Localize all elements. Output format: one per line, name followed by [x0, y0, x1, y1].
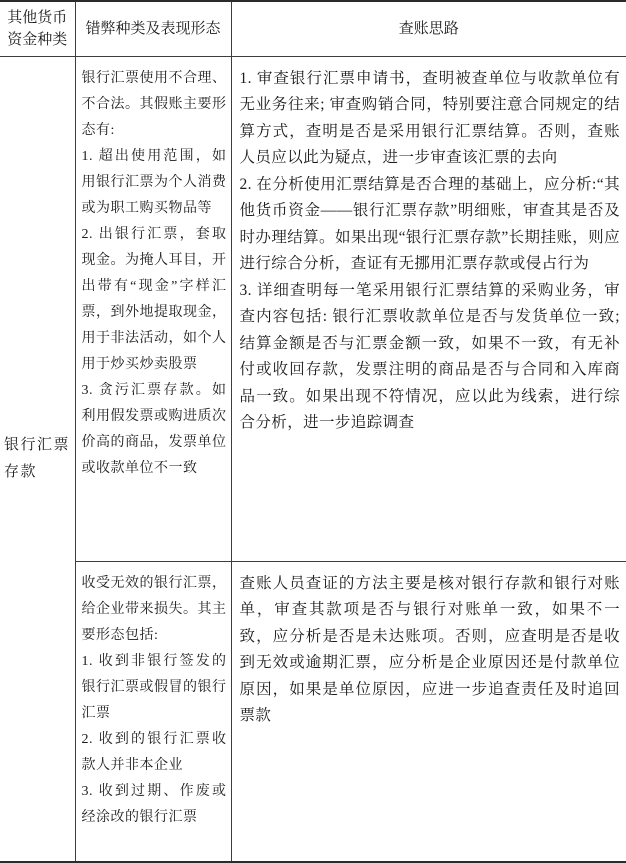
- paragraph: 收受无效的银行汇票，给企业带来损失。其主要形态包括:: [82, 571, 227, 649]
- audit-cell-misuse: 1. 审查银行汇票申请书，查明被查单位与收款单位有无业务往来; 审查购销合同，特…: [231, 56, 626, 561]
- header-error-types: 错弊种类及表现形态: [75, 1, 231, 56]
- audit-methods-table: 其他货币资金种类 错弊种类及表现形态 查账思路 银行汇票存款 银行汇票使用不合理…: [0, 0, 626, 863]
- fund-type-cell: 银行汇票存款: [0, 56, 75, 862]
- fund-type-label: 银行汇票存款: [4, 437, 70, 480]
- audit-cell-invalid-drafts: 查账人员查证的方法主要是核对银行存款和银行对账单，审查其款项是否与银行对账单一致…: [231, 561, 626, 862]
- paragraph: 2. 出银行汇票，套取现金。为掩人耳目，开出带有“现金”字样汇票，到外地提取现金…: [82, 222, 227, 378]
- header-fund-type: 其他货币资金种类: [0, 1, 75, 56]
- header-audit-approach: 查账思路: [231, 1, 626, 56]
- paragraph: 2. 收到的银行汇票收款人并非本企业: [82, 727, 227, 779]
- document-page: 其他货币资金种类 错弊种类及表现形态 查账思路 银行汇票存款 银行汇票使用不合理…: [0, 0, 626, 863]
- error-cell-invalid-drafts: 收受无效的银行汇票，给企业带来损失。其主要形态包括: 1. 收到非银行签发的银行…: [75, 561, 231, 862]
- paragraph: 银行汇票使用不合理、不合法。其假账主要形态有:: [82, 66, 227, 144]
- table-row: 银行汇票存款 银行汇票使用不合理、不合法。其假账主要形态有: 1. 超出使用范围…: [0, 56, 626, 561]
- paragraph: 3. 收到过期、作废或经涂改的银行汇票: [82, 779, 227, 831]
- paragraph: 3. 详细查明每一笔采用银行汇票结算的采购业务，审查内容包括: 银行汇票收款单位…: [240, 278, 621, 437]
- paragraph: 1. 超出使用范围，如用银行汇票为个人消费或为职工购买物品等: [82, 144, 227, 222]
- paragraph: 1. 审查银行汇票申请书，查明被查单位与收款单位有无业务往来; 审查购销合同，特…: [240, 66, 621, 172]
- error-cell-misuse: 银行汇票使用不合理、不合法。其假账主要形态有: 1. 超出使用范围，如用银行汇票…: [75, 56, 231, 561]
- paragraph: 2. 在分析使用汇票结算是否合理的基础上，应分析:“其他货币资金——银行汇票存款…: [240, 172, 621, 278]
- paragraph: 查账人员查证的方法主要是核对银行存款和银行对账单，审查其款项是否与银行对账单一致…: [240, 571, 621, 730]
- paragraph: 1. 收到非银行签发的银行汇票或假冒的银行汇票: [82, 649, 227, 727]
- table-row: 收受无效的银行汇票，给企业带来损失。其主要形态包括: 1. 收到非银行签发的银行…: [0, 561, 626, 862]
- header-row: 其他货币资金种类 错弊种类及表现形态 查账思路: [0, 1, 626, 56]
- paragraph: 3. 贪污汇票存款。如利用假发票或购进质次价高的商品，发票单位或收款单位不一致: [82, 378, 227, 482]
